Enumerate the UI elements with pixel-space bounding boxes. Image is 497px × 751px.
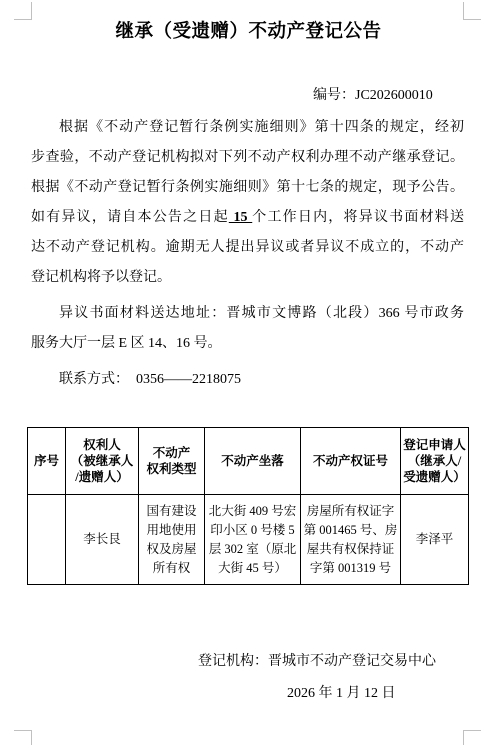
- margin-mark-top-right-v: [463, 2, 464, 20]
- cell-seq: [28, 495, 66, 585]
- col-header-right-type: 不动产 权利类型: [139, 428, 205, 495]
- body-text: 根据《不动产登记暂行条例实施细则》第十四条的规定，经初 步查验，不动产登记机构拟…: [31, 113, 464, 401]
- body-line: 登记机构将予以登记。: [31, 263, 464, 293]
- body-line: 异议书面材料送达地址：晋城市文博路（北段）366 号市政务: [31, 299, 464, 329]
- margin-mark-bottom-left-h: [14, 730, 32, 731]
- paragraph-2: 异议书面材料送达地址：晋城市文博路（北段）366 号市政务 服务大厅一层 E 区…: [31, 299, 464, 359]
- serial-number: 编号：JC202600010: [313, 86, 433, 106]
- col-header-label: 登记申请人 （继承人/ 受遗赠人）: [403, 437, 466, 485]
- cell-location: 北大街 409 号宏 印小区 0 号楼 5 层 302 室（原北 大街 45 号…: [205, 495, 301, 585]
- announcement-date: 2026 年 1 月 12 日: [287, 683, 396, 705]
- col-header-label: 不动产 权利类型: [146, 445, 196, 477]
- margin-mark-bottom-left-v: [31, 730, 32, 745]
- body-line: 根据《不动产登记暂行条例实施细则》第十四条的规定，经初: [31, 113, 464, 143]
- body-line: 服务大厅一层 E 区 14、16 号。: [31, 329, 464, 359]
- paragraph-3: 联系方式： 0356——2218075: [31, 365, 464, 395]
- col-header-label: 权利人 （被继承人 /遗赠人）: [71, 437, 134, 485]
- margin-mark-top-left-v: [31, 2, 32, 20]
- objection-days: 15: [229, 210, 252, 225]
- body-line: 达不动产登记机构。逾期无人提出异议或者异议不成立的，不动产: [31, 233, 464, 263]
- col-header-label: 序号: [34, 453, 59, 469]
- cell-location-text: 北大街 409 号宏 印小区 0 号楼 5 层 302 室（原北 大街 45 号…: [209, 502, 297, 578]
- col-header-holder: 权利人 （被继承人 /遗赠人）: [66, 428, 139, 495]
- col-header-applicant: 登记申请人 （继承人/ 受遗赠人）: [401, 428, 469, 495]
- body-line-segment: 如有异议，请自本公告之日起: [31, 210, 229, 225]
- col-header-seq: 序号: [28, 428, 66, 495]
- cell-cert-no-text: 房屋所有权证字 第 001465 号、房 屋共有权保持证 字第 001319 号: [304, 502, 398, 578]
- registration-authority: 登记机构：晋城市不动产登记交易中心: [198, 651, 436, 673]
- body-line: 根据《不动产登记暂行条例实施细则》第十七条的规定，现予公告。: [31, 173, 464, 203]
- announcement-table: 序号 权利人 （被继承人 /遗赠人） 不动产 权利类型 不动产坐落 不动产权证号…: [27, 427, 469, 585]
- col-header-label: 不动产权证号: [313, 453, 388, 469]
- table-row: 李长艮 国有建设 用地使用 权及房屋 所有权 北大街 409 号宏 印小区 0 …: [28, 495, 469, 585]
- table-header-row: 序号 权利人 （被继承人 /遗赠人） 不动产 权利类型 不动产坐落 不动产权证号…: [28, 428, 469, 495]
- body-line: 如有异议，请自本公告之日起 15 个工作日内，将异议书面材料送: [31, 203, 464, 233]
- col-header-label: 不动产坐落: [221, 453, 284, 469]
- body-line-segment: 个工作日内，将异议书面材料送: [252, 210, 464, 225]
- cell-right-type: 国有建设 用地使用 权及房屋 所有权: [139, 495, 205, 585]
- col-header-cert-no: 不动产权证号: [301, 428, 401, 495]
- cell-applicant: 李泽平: [401, 495, 469, 585]
- col-header-location: 不动产坐落: [205, 428, 301, 495]
- contact-line: 联系方式： 0356——2218075: [31, 365, 464, 395]
- cell-holder: 李长艮: [66, 495, 139, 585]
- body-line: 步查验，不动产登记机构拟对下列不动产权利办理不动产继承登记。: [31, 143, 464, 173]
- announcement-document: 继承（受遗赠）不动产登记公告 编号：JC202600010 根据《不动产登记暂行…: [0, 0, 497, 751]
- margin-mark-bottom-right-h: [463, 730, 481, 731]
- margin-mark-bottom-right-v: [463, 730, 464, 745]
- page-title: 继承（受遗赠）不动产登记公告: [0, 19, 497, 45]
- cell-cert-no: 房屋所有权证字 第 001465 号、房 屋共有权保持证 字第 001319 号: [301, 495, 401, 585]
- cell-right-type-text: 国有建设 用地使用 权及房屋 所有权: [146, 502, 196, 578]
- paragraph-1: 根据《不动产登记暂行条例实施细则》第十四条的规定，经初 步查验，不动产登记机构拟…: [31, 113, 464, 293]
